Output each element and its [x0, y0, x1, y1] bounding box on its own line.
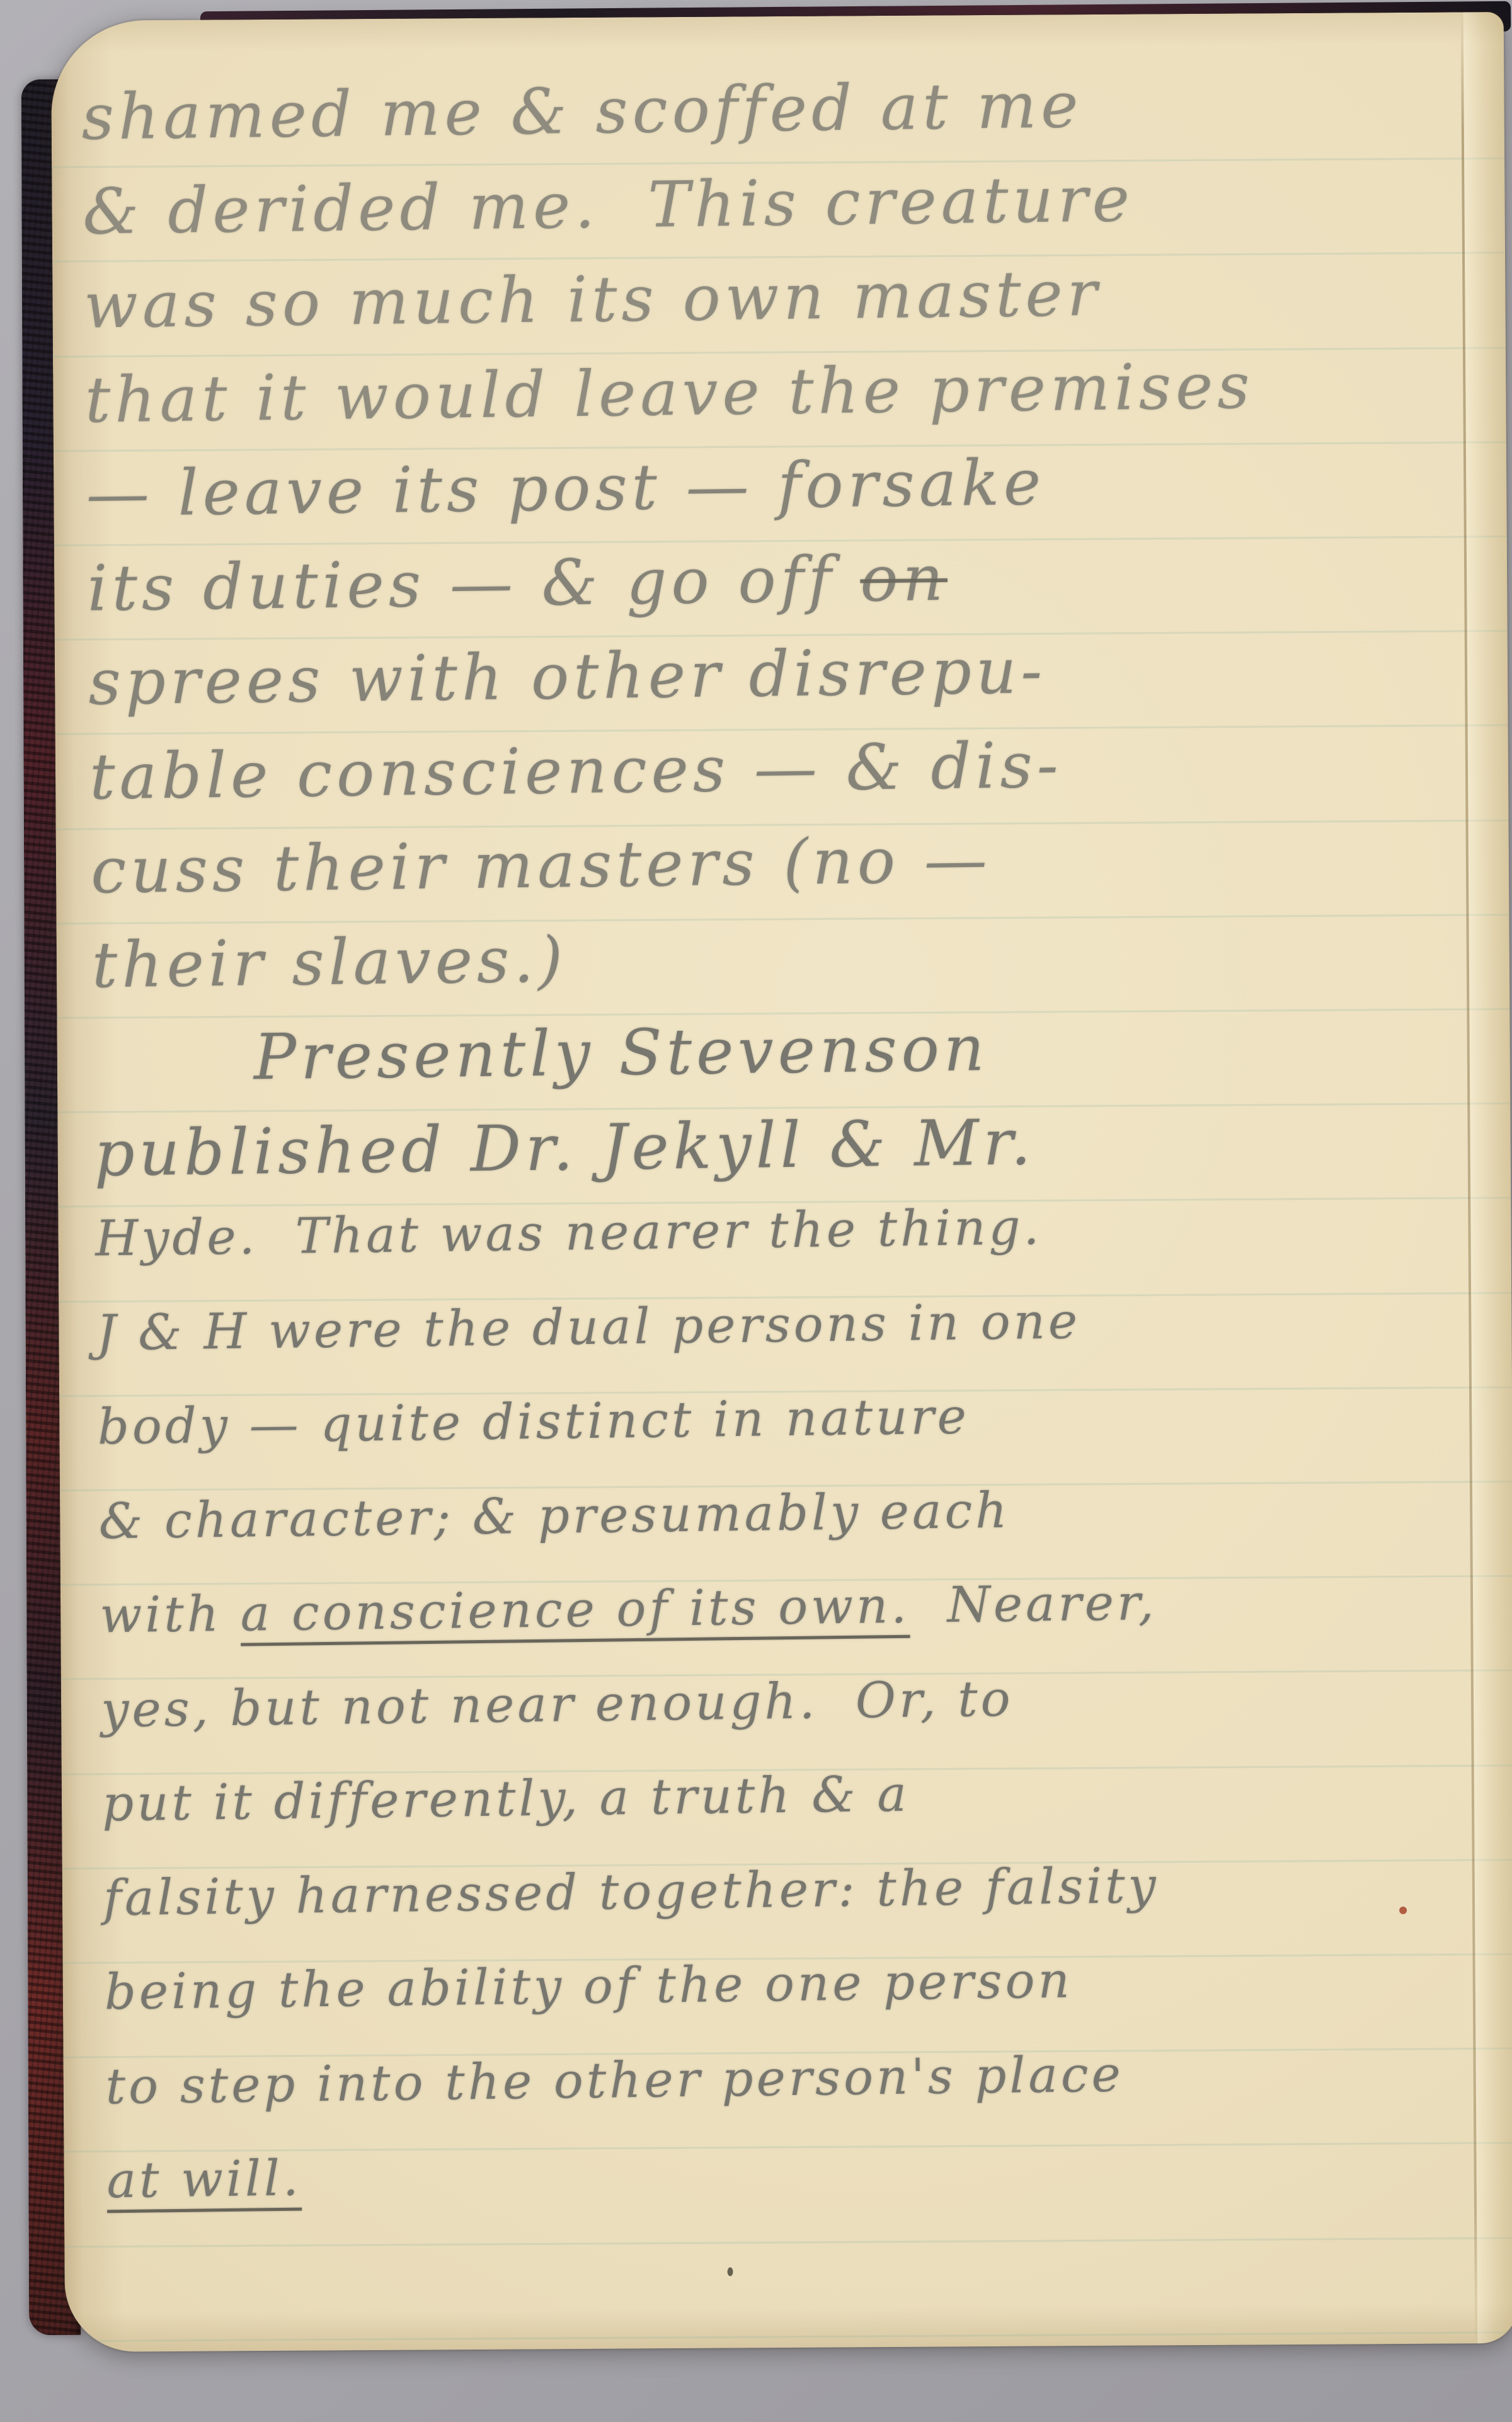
- underlined-phrase: a conscience of its own.: [240, 1578, 910, 1643]
- handwritten-text: & derided me. This creature: [83, 162, 1135, 248]
- paper-speck-red: [1399, 1907, 1407, 1914]
- manuscript-line: put it differently, a truth & a: [102, 1759, 1502, 1870]
- handwritten-text: falsity harnessed together: the falsity: [103, 1857, 1160, 1926]
- handwritten-text: J & H were the dual persons in one: [96, 1293, 1081, 1362]
- handwritten-text: shamed me & scoffed at me: [81, 68, 1083, 154]
- manuscript-line: table consciences — & dis-: [89, 723, 1489, 834]
- manuscript-line: being the ability of the one person: [104, 1947, 1504, 2058]
- handwritten-text: Presently Stevenson: [253, 1011, 989, 1094]
- handwritten-text: & character; & presumably each: [98, 1482, 1011, 1550]
- handwritten-text: with: [100, 1586, 241, 1644]
- handwritten-text: was so much its own master: [83, 256, 1102, 343]
- scanned-notebook-photo: shamed me & scoffed at me& derided me. T…: [0, 0, 1512, 2422]
- struck-out-word: on: [860, 541, 948, 616]
- handwritten-text: their slaves.): [91, 922, 567, 1002]
- manuscript-line: with a conscience of its own. Nearer,: [100, 1570, 1499, 1682]
- manuscript-line: — leave its post — forsake: [86, 440, 1486, 551]
- handwritten-text: its duties — & go off: [87, 542, 861, 625]
- handwritten-text: Hyde. That was nearer the thing.: [95, 1199, 1043, 1267]
- underlined-phrase: at will.: [106, 2150, 302, 2210]
- handwritten-text: table consciences — & dis-: [89, 728, 1063, 813]
- manuscript-line: at will.: [106, 2135, 1506, 2247]
- manuscript-line: that it would leave the premises: [84, 346, 1484, 457]
- manuscript-line: its duties — & go off on: [87, 534, 1487, 646]
- handwritten-text: yes, but not near enough. Or, to: [101, 1670, 1014, 1738]
- manuscript-line: Presently Stevenson: [93, 1005, 1492, 1116]
- handwritten-text: sprees with other disrepu-: [88, 634, 1047, 720]
- manuscript-line: sprees with other disrepu-: [88, 628, 1488, 740]
- handwritten-text: published Dr. Jekyll & Mr.: [94, 1105, 1036, 1190]
- manuscript-line: Hyde. That was nearer the thing.: [95, 1193, 1495, 1305]
- handwritten-text: that it would leave the premises: [84, 348, 1254, 437]
- handwritten-text: being the ability of the one person: [104, 1953, 1073, 2021]
- manuscript-line: their slaves.): [91, 911, 1491, 1023]
- manuscript-line: cuss their masters (no —: [90, 817, 1490, 928]
- manuscript-line: body — quite distinct in nature: [97, 1382, 1497, 1493]
- handwritten-text: body — quite distinct in nature: [97, 1389, 970, 1456]
- handwritten-text: put it differently, a truth & a: [102, 1766, 910, 1833]
- handwritten-text: to step into the other person's place: [105, 2046, 1124, 2115]
- manuscript-line: shamed me & scoffed at me: [81, 63, 1481, 175]
- paper-speck-dark: [728, 2268, 733, 2276]
- handwritten-text: cuss their masters (no —: [90, 823, 992, 907]
- manuscript-line: yes, but not near enough. Or, to: [101, 1665, 1501, 1776]
- handwritten-text: Nearer,: [909, 1575, 1157, 1634]
- manuscript-line: J & H were the dual persons in one: [96, 1288, 1496, 1399]
- manuscript-line: was so much its own master: [83, 251, 1483, 363]
- manuscript-line: & derided me. This creature: [83, 158, 1482, 269]
- manuscript-line: falsity harnessed together: the falsity: [103, 1853, 1503, 1965]
- manuscript-line: & character; & presumably each: [98, 1476, 1498, 1588]
- notebook-page: shamed me & scoffed at me& derided me. T…: [51, 12, 1512, 2352]
- manuscript-line: to step into the other person's place: [105, 2041, 1505, 2153]
- handwritten-text: — leave its post — forsake: [86, 445, 1046, 531]
- manuscript-text: shamed me & scoffed at me& derided me. T…: [81, 63, 1506, 2246]
- manuscript-line: published Dr. Jekyll & Mr.: [94, 1099, 1494, 1211]
